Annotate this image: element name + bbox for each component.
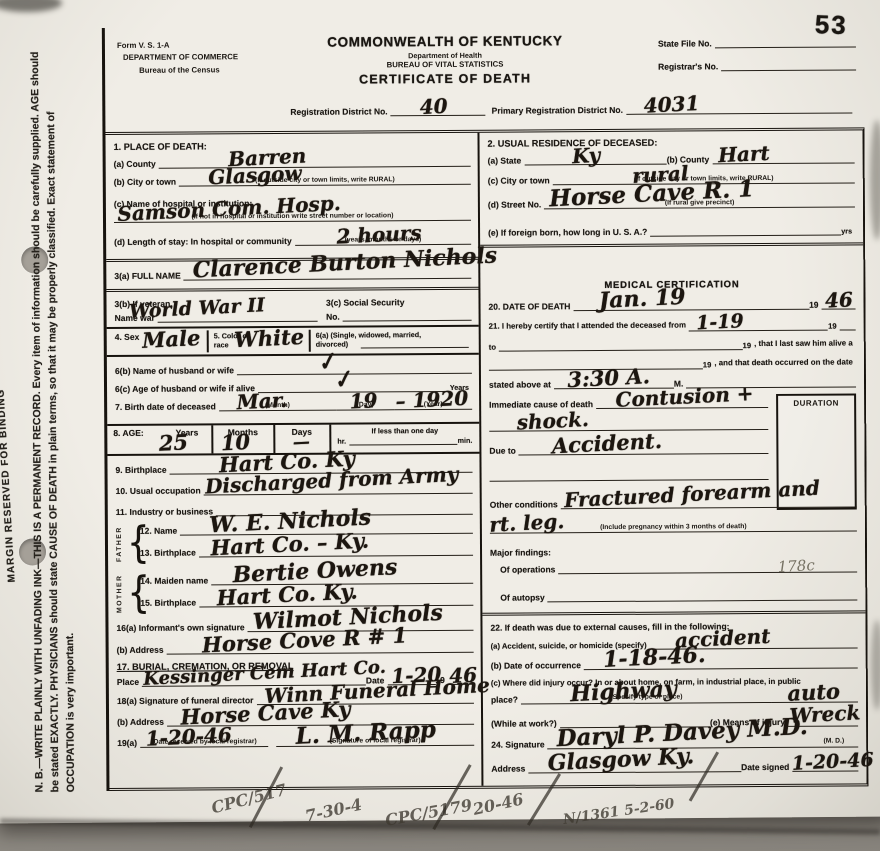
pencil-scrawl: 20-46 <box>471 789 525 819</box>
full-name-label: 3(a) FULL NAME <box>114 271 183 281</box>
certify-line-3: , and that death occurred on the date <box>714 358 856 370</box>
foreign-born-line <box>650 224 841 237</box>
foreign-born-label: (e) If foreign born, how long in U. S. A… <box>488 227 650 238</box>
foreign-born-row: (e) If foreign born, how long in U. S. A… <box>488 223 855 237</box>
age-less-label: If less than one day <box>337 426 475 436</box>
date-of-death-row: 20. DATE OF DEATH Jan. 19 19 46 <box>488 297 855 311</box>
autopsy-row: Of autopsy <box>500 588 857 602</box>
age-years-cell: 8. AGE: Years 25 <box>107 425 213 454</box>
other-conditions-value-2: rt. leg. <box>489 509 565 537</box>
street-label: (d) Street No. <box>488 199 544 209</box>
reg-district-line: 40 <box>391 102 486 117</box>
certificate-title: CERTIFICATE OF DEATH <box>280 71 610 87</box>
other-conditions-line-2: rt. leg. (Include pregnancy within 3 mon… <box>490 519 857 533</box>
city-value: Glasgow <box>208 161 303 190</box>
birthdate-day-line: 19 (Day) <box>336 398 394 410</box>
stay-label: (d) Length of stay: In hospital or commu… <box>114 236 295 247</box>
registrar-row: 19(a) 1-20-46 (Date received by local re… <box>117 734 474 748</box>
operations-label: Of operations <box>500 564 558 574</box>
color-cell: 5. Color or race White <box>207 330 309 353</box>
occurrence-value: 1-18-46. <box>603 642 707 673</box>
father-birthplace-line: Hart Co. – Ky. <box>199 544 473 558</box>
certify-from-line: 1-19 <box>689 319 828 332</box>
cause-section: DURATION Immediate cause of death Contus… <box>489 395 857 481</box>
date-signed-line: 1-20-46 <box>792 759 858 771</box>
due-to-line: Accident. <box>519 442 769 456</box>
form-number: Form V. S. 1-A <box>117 39 238 52</box>
other-conditions-row: Other conditions Fractured forearm and <box>490 495 857 509</box>
brace-icon: { <box>127 516 140 571</box>
year-19-printed: 19 <box>743 341 755 350</box>
occurrence-row: (b) Date of occurrence 1-18-46. <box>491 656 858 670</box>
certify-to-line <box>499 338 743 351</box>
sex-color-marital-row: 4. Sex Male 5. Color or race White 6(a) … <box>107 325 479 357</box>
burial-place-label: Place <box>117 677 142 687</box>
left-column: 1. PLACE OF DEATH: (a) County Barren (b)… <box>105 133 481 788</box>
veteran-ssn-row: 3(b) If veteran, Name war World War II 3… <box>114 297 471 323</box>
father-birthplace-row: 13. Birthplace Hart Co. – Ky. <box>140 544 473 558</box>
stay-row: (d) Length of stay: In hospital or commu… <box>114 233 471 247</box>
date-signed-label: Date signed <box>741 762 792 772</box>
city-row: (b) City or town Glasgow (If outside cit… <box>114 173 471 187</box>
primary-district-label: Primary Registration District No. <box>486 105 626 116</box>
husband-label: 6(b) Name of husband or wife <box>115 365 237 376</box>
certify-line-2: , that I last saw him alive a <box>754 339 856 350</box>
sex-value: Male <box>142 325 201 353</box>
cause-line-1: Contusion + <box>596 396 768 409</box>
veteran-line: World War II <box>158 310 318 323</box>
occupation-row: 10. Usual occupation Discharged from Arm… <box>116 482 473 496</box>
registration-district-row: Registration District No. 40 Primary Reg… <box>290 99 852 116</box>
physician-signature-label: 24. Signature <box>491 739 547 749</box>
full-name-value: Clarence Burton Nichols <box>193 242 499 283</box>
birthdate-year-line: – 1920 (Year) <box>394 398 472 410</box>
received-line: 1-20-46 (Date received by local registra… <box>140 735 268 748</box>
year-19-printed: 19 <box>828 322 840 331</box>
husband-row: 6(b) Name of husband or wife ✓ <box>115 362 472 376</box>
marital-cell: 6(a) (Single, widowed, married, divorced… <box>309 329 473 352</box>
physician-address-label: Address <box>491 763 528 773</box>
occurrence-label: (b) Date of occurrence <box>491 660 584 671</box>
foreign-born-suffix: yrs <box>841 226 855 235</box>
marital-line <box>361 336 469 349</box>
certify-from-value: 1-19 <box>696 310 745 334</box>
while-at-work-label: (While at work?) <box>491 718 560 728</box>
certify-to-label: to <box>489 343 499 352</box>
certify-row-3: 19 , and that death occurred on the date <box>489 356 856 370</box>
pencil-scrawl: 7-30-4 <box>303 795 364 826</box>
pencil-scrawl: N/1361 5-2-60 <box>562 796 675 828</box>
other-conditions-row-2: rt. leg. (Include pregnancy within 3 mon… <box>490 519 857 533</box>
birthdate-year: – 1920 <box>395 386 469 414</box>
form-body: 1. PLACE OF DEATH: (a) County Barren (b)… <box>105 127 868 790</box>
due-to-row: Due to Accident. <box>489 442 768 456</box>
informant-address-label: (b) Address <box>117 645 167 655</box>
date-signed-value: 1-20-46 <box>791 748 874 774</box>
mother-name-label: 14. Maiden name <box>140 575 211 585</box>
ssn-label-2: No. <box>326 312 343 322</box>
residence-county-line: Hart <box>712 151 855 164</box>
certify-line-1: 21. I hereby certify that I attended the… <box>489 321 689 333</box>
registrar-signature: L. M. Rapp <box>295 716 437 750</box>
stay-value: 2 hours <box>336 220 422 248</box>
physician-signature-line: Daryl P. Davey M.D. (M. D.) <box>548 735 859 749</box>
reg-district-label: Registration District No. <box>290 106 390 117</box>
certify-yr1-line <box>840 318 856 330</box>
header-left-block: Form V. S. 1-A DEPARTMENT OF COMMERCE Bu… <box>117 39 238 77</box>
injury-place-line: Highway (Specify type of place) <box>521 691 772 705</box>
received-date-value: 1-20-46 <box>145 723 232 751</box>
father-birthplace-label: 13. Birthplace <box>140 547 199 557</box>
age-label: 8. AGE: <box>113 428 146 438</box>
cause-value-2: shock. <box>516 407 589 435</box>
received-label: 19(a) <box>117 738 140 748</box>
operations-line: 178c <box>558 560 857 574</box>
occupation-line: Discharged from Army <box>204 482 473 496</box>
certify-line-4: stated above at <box>489 379 554 389</box>
street-line: Horse Cave R. 1 (If rural give precinct) <box>544 195 855 209</box>
father-name-label: 12. Name <box>140 526 180 536</box>
veteran-block: 3(b) If veteran, Name war World War II <box>114 298 318 323</box>
header-center-block: COMMONWEALTH OF KENTUCKY Department of H… <box>280 33 610 87</box>
state-file-no-line <box>715 35 856 48</box>
city-label: (b) City or town <box>114 177 179 187</box>
mother-birthplace-label: 15. Birthplace <box>140 597 199 607</box>
city-line: Glasgow (If outside city or town limits,… <box>179 173 471 187</box>
registrar-no-label: Registrar's No. <box>658 61 721 71</box>
informant-address-row: (b) Address Horse Cove R # 1 <box>117 641 474 655</box>
department-of-commerce: DEPARTMENT OF COMMERCE <box>117 52 238 65</box>
date-of-death-line: Jan. 19 <box>573 298 809 311</box>
certify-row-1: 21. I hereby certify that I attended the… <box>489 318 856 332</box>
injury-place-label: place? <box>491 694 521 704</box>
birthdate-day: 19 <box>349 388 378 413</box>
due-to-label: Due to <box>489 446 519 456</box>
full-name-line: Clarence Burton Nichols <box>184 267 472 281</box>
residence-county-value: Hart <box>717 141 770 168</box>
registrar-no-line <box>721 58 856 71</box>
right-column: 2. USUAL RESIDENCE OF DECEASED: (a) Stat… <box>479 130 866 785</box>
other-conditions-label: Other conditions <box>490 499 561 509</box>
informant-address-line: Horse Cove R # 1 <box>167 641 474 655</box>
hospital-value: Samson Com. Hosp. <box>117 191 341 226</box>
birthdate-row: 7. Birth date of deceased Mar. (Month) 1… <box>115 398 472 412</box>
form-header: Form V. S. 1-A DEPARTMENT OF COMMERCE Bu… <box>105 23 865 132</box>
header-right-block: State File No. Registrar's No. <box>658 35 856 82</box>
ssn-line <box>343 309 472 322</box>
due-to-value: Accident. <box>552 428 663 458</box>
registrar-sig-line: L. M. Rapp (Signature of local registrar… <box>276 734 474 747</box>
margin-note-text: N. B.—WRITE PLAINLY WITH UNFADING INK—TH… <box>28 44 115 792</box>
other-conditions-line-1: Fractured forearm and <box>561 495 857 509</box>
date-of-death-label: 20. DATE OF DEATH <box>489 301 574 312</box>
ssn-label-1: 3(c) Social Security <box>326 297 472 308</box>
section-separator <box>106 287 479 292</box>
street-row: (d) Street No. Horse Cave R. 1 (If rural… <box>488 195 855 209</box>
age-hr-label: hr. <box>337 437 349 446</box>
state-value: Ky <box>571 143 600 168</box>
age-hr-line <box>349 437 457 446</box>
margin-binding-text: MARGIN RESERVED FOR BINDING <box>0 293 18 583</box>
spacer <box>488 252 855 276</box>
reg-district-value: 40 <box>419 94 448 119</box>
injury-place-value: Highway <box>570 676 678 707</box>
duration-label: DURATION <box>793 399 839 408</box>
age-years-value: 25 <box>158 429 188 455</box>
occurrence-line: 1-18-46. <box>584 656 858 670</box>
bureau-of-census: Bureau of the Census <box>117 64 238 77</box>
residence-city-label: (c) City or town <box>488 175 553 185</box>
residence-title: 2. USUAL RESIDENCE OF DECEASED: <box>488 136 855 148</box>
color-value: White <box>234 324 305 352</box>
autopsy-label: Of autopsy <box>500 592 547 602</box>
section-separator <box>480 242 863 247</box>
dod-year-line: 46 <box>821 297 855 309</box>
birthdate-label: 7. Birth date of deceased <box>115 401 219 412</box>
birthdate-month-line: Mar. (Month) <box>219 399 336 412</box>
sex-cell: 4. Sex Male <box>115 330 207 353</box>
certify-row-2: to 19 , that I last saw him alive a <box>489 337 856 351</box>
date-of-death-value: Jan. 19 <box>598 284 686 314</box>
year-19-printed: 19 <box>703 360 715 369</box>
county-label: (a) County <box>114 159 159 169</box>
birthdate-month: Mar. <box>236 388 288 414</box>
birthplace-label: 9. Birthplace <box>115 465 169 475</box>
bureau-vital-statistics: BUREAU OF VITAL STATISTICS <box>280 59 610 70</box>
section-separator <box>482 610 865 615</box>
operations-row: Of operations 178c <box>500 560 857 574</box>
occupation-label: 10. Usual occupation <box>116 485 204 496</box>
full-name-row: 3(a) FULL NAME Clarence Burton Nichols <box>114 267 471 281</box>
cause-row-1: Immediate cause of death Contusion + <box>489 396 768 410</box>
other-conditions-value-1: Fractured forearm and <box>564 476 821 513</box>
death-certificate-form: Form V. S. 1-A DEPARTMENT OF COMMERCE Bu… <box>102 23 869 790</box>
pencil-scrawl: CPC/5179 <box>384 795 474 829</box>
primary-district-line: 4031 <box>626 99 852 114</box>
physician-address-row: Address Glasgow Ky. Date signed 1-20-46 <box>491 759 858 773</box>
state-file-no-label: State File No. <box>658 38 715 48</box>
father-side-label: FATHER <box>116 521 127 567</box>
state-label: (a) State <box>488 155 525 165</box>
county-line: Barren <box>159 155 471 169</box>
brace-icon: { <box>127 566 140 621</box>
commonwealth-title: COMMONWEALTH OF KENTUCKY <box>280 33 610 50</box>
ssn-block: 3(c) Social Security No. <box>318 297 472 322</box>
mother-side-label: MOTHER <box>116 571 127 617</box>
age-min-label: min. <box>458 436 476 445</box>
husband-line: ✓ <box>237 362 472 375</box>
dod-year-printed: 19 <box>809 300 822 310</box>
operations-value: 178c <box>778 556 816 576</box>
autopsy-line <box>548 588 858 602</box>
dod-year-value: 46 <box>824 287 853 312</box>
primary-district-value: 4031 <box>643 91 700 118</box>
